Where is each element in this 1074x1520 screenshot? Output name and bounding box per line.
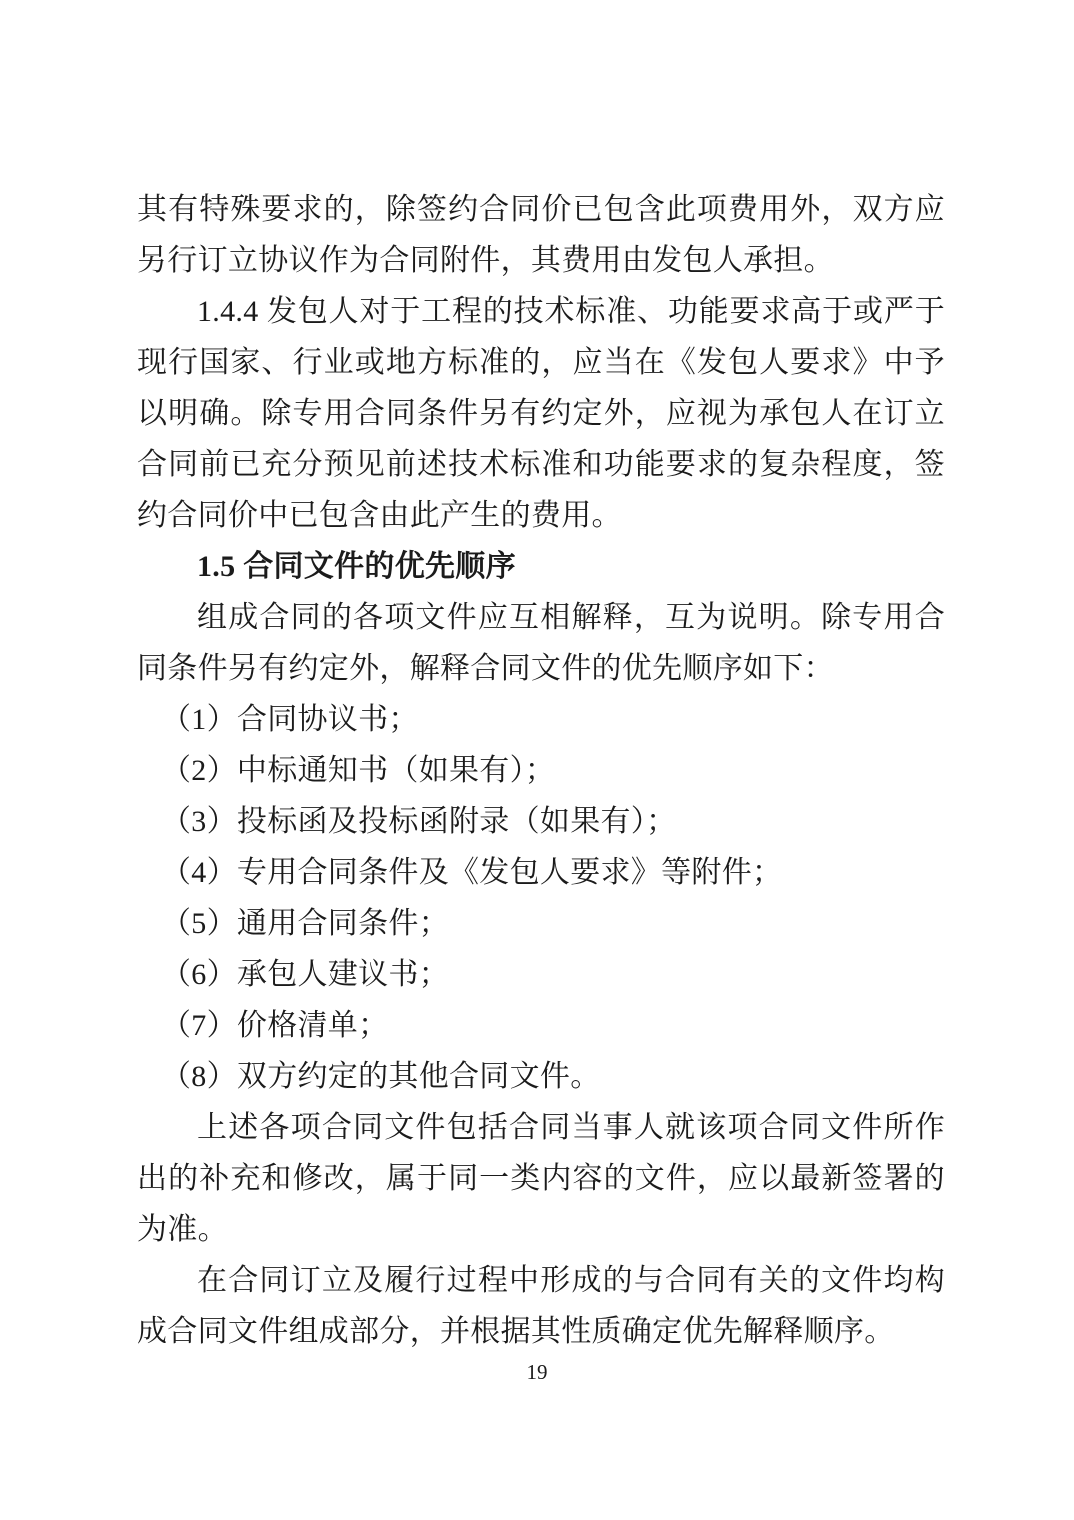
list-item: （7）价格清单； bbox=[137, 1000, 945, 1051]
list-item: （6）承包人建议书； bbox=[137, 949, 945, 1000]
paragraph-continuation-1-4-3: 其有特殊要求的，除签约合同价已包含此项费用外，双方应另行订立协议作为合同附件，其… bbox=[137, 184, 945, 286]
list-item: （2）中标通知书（如果有）； bbox=[137, 745, 945, 796]
document-content: 其有特殊要求的，除签约合同价已包含此项费用外，双方应另行订立协议作为合同附件，其… bbox=[137, 184, 945, 1357]
list-item-text: 价格清单； bbox=[237, 1000, 389, 1051]
priority-list: （1）合同协议书； （2）中标通知书（如果有）； （3）投标函及投标函附录（如果… bbox=[137, 694, 945, 1102]
page-footer: 19 bbox=[0, 1360, 1074, 1385]
list-item-text: 双方约定的其他合同文件。 bbox=[237, 1051, 601, 1102]
list-item: （1）合同协议书； bbox=[137, 694, 945, 745]
paragraph-clause-1-5-intro: 组成合同的各项文件应互相解释，互为说明。除专用合同条件另有约定外，解释合同文件的… bbox=[137, 592, 945, 694]
list-item: （3）投标函及投标函附录（如果有）； bbox=[137, 796, 945, 847]
list-item-text: 中标通知书（如果有）； bbox=[237, 745, 555, 796]
list-item-text: 合同协议书； bbox=[237, 694, 419, 745]
list-item-text: 承包人建议书； bbox=[237, 949, 449, 1000]
list-item: （4）专用合同条件及《发包人要求》等附件； bbox=[137, 847, 945, 898]
document-page: 其有特殊要求的，除签约合同价已包含此项费用外，双方应另行订立协议作为合同附件，其… bbox=[0, 0, 1074, 1520]
list-item-number: （5） bbox=[161, 898, 237, 949]
list-item-number: （2） bbox=[161, 745, 237, 796]
list-item: （8）双方约定的其他合同文件。 bbox=[137, 1051, 945, 1102]
paragraph-clause-1-5-formation: 在合同订立及履行过程中形成的与合同有关的文件均构成合同文件组成部分，并根据其性质… bbox=[137, 1255, 945, 1357]
list-item: （5）通用合同条件； bbox=[137, 898, 945, 949]
list-item-number: （8） bbox=[161, 1051, 237, 1102]
list-item-text: 专用合同条件及《发包人要求》等附件； bbox=[237, 847, 782, 898]
list-item-text: 通用合同条件； bbox=[237, 898, 449, 949]
paragraph-clause-1-4-4: 1.4.4 发包人对于工程的技术标准、功能要求高于或严于现行国家、行业或地方标准… bbox=[137, 286, 945, 541]
list-item-number: （4） bbox=[161, 847, 237, 898]
list-item-number: （6） bbox=[161, 949, 237, 1000]
list-item-text: 投标函及投标函附录（如果有）； bbox=[237, 796, 677, 847]
paragraph-clause-1-5-supplement: 上述各项合同文件包括合同当事人就该项合同文件所作出的补充和修改，属于同一类内容的… bbox=[137, 1102, 945, 1255]
list-item-number: （3） bbox=[161, 796, 237, 847]
page-number: 19 bbox=[527, 1360, 548, 1384]
list-item-number: （7） bbox=[161, 1000, 237, 1051]
list-item-number: （1） bbox=[161, 694, 237, 745]
heading-clause-1-5: 1.5 合同文件的优先顺序 bbox=[137, 541, 945, 592]
